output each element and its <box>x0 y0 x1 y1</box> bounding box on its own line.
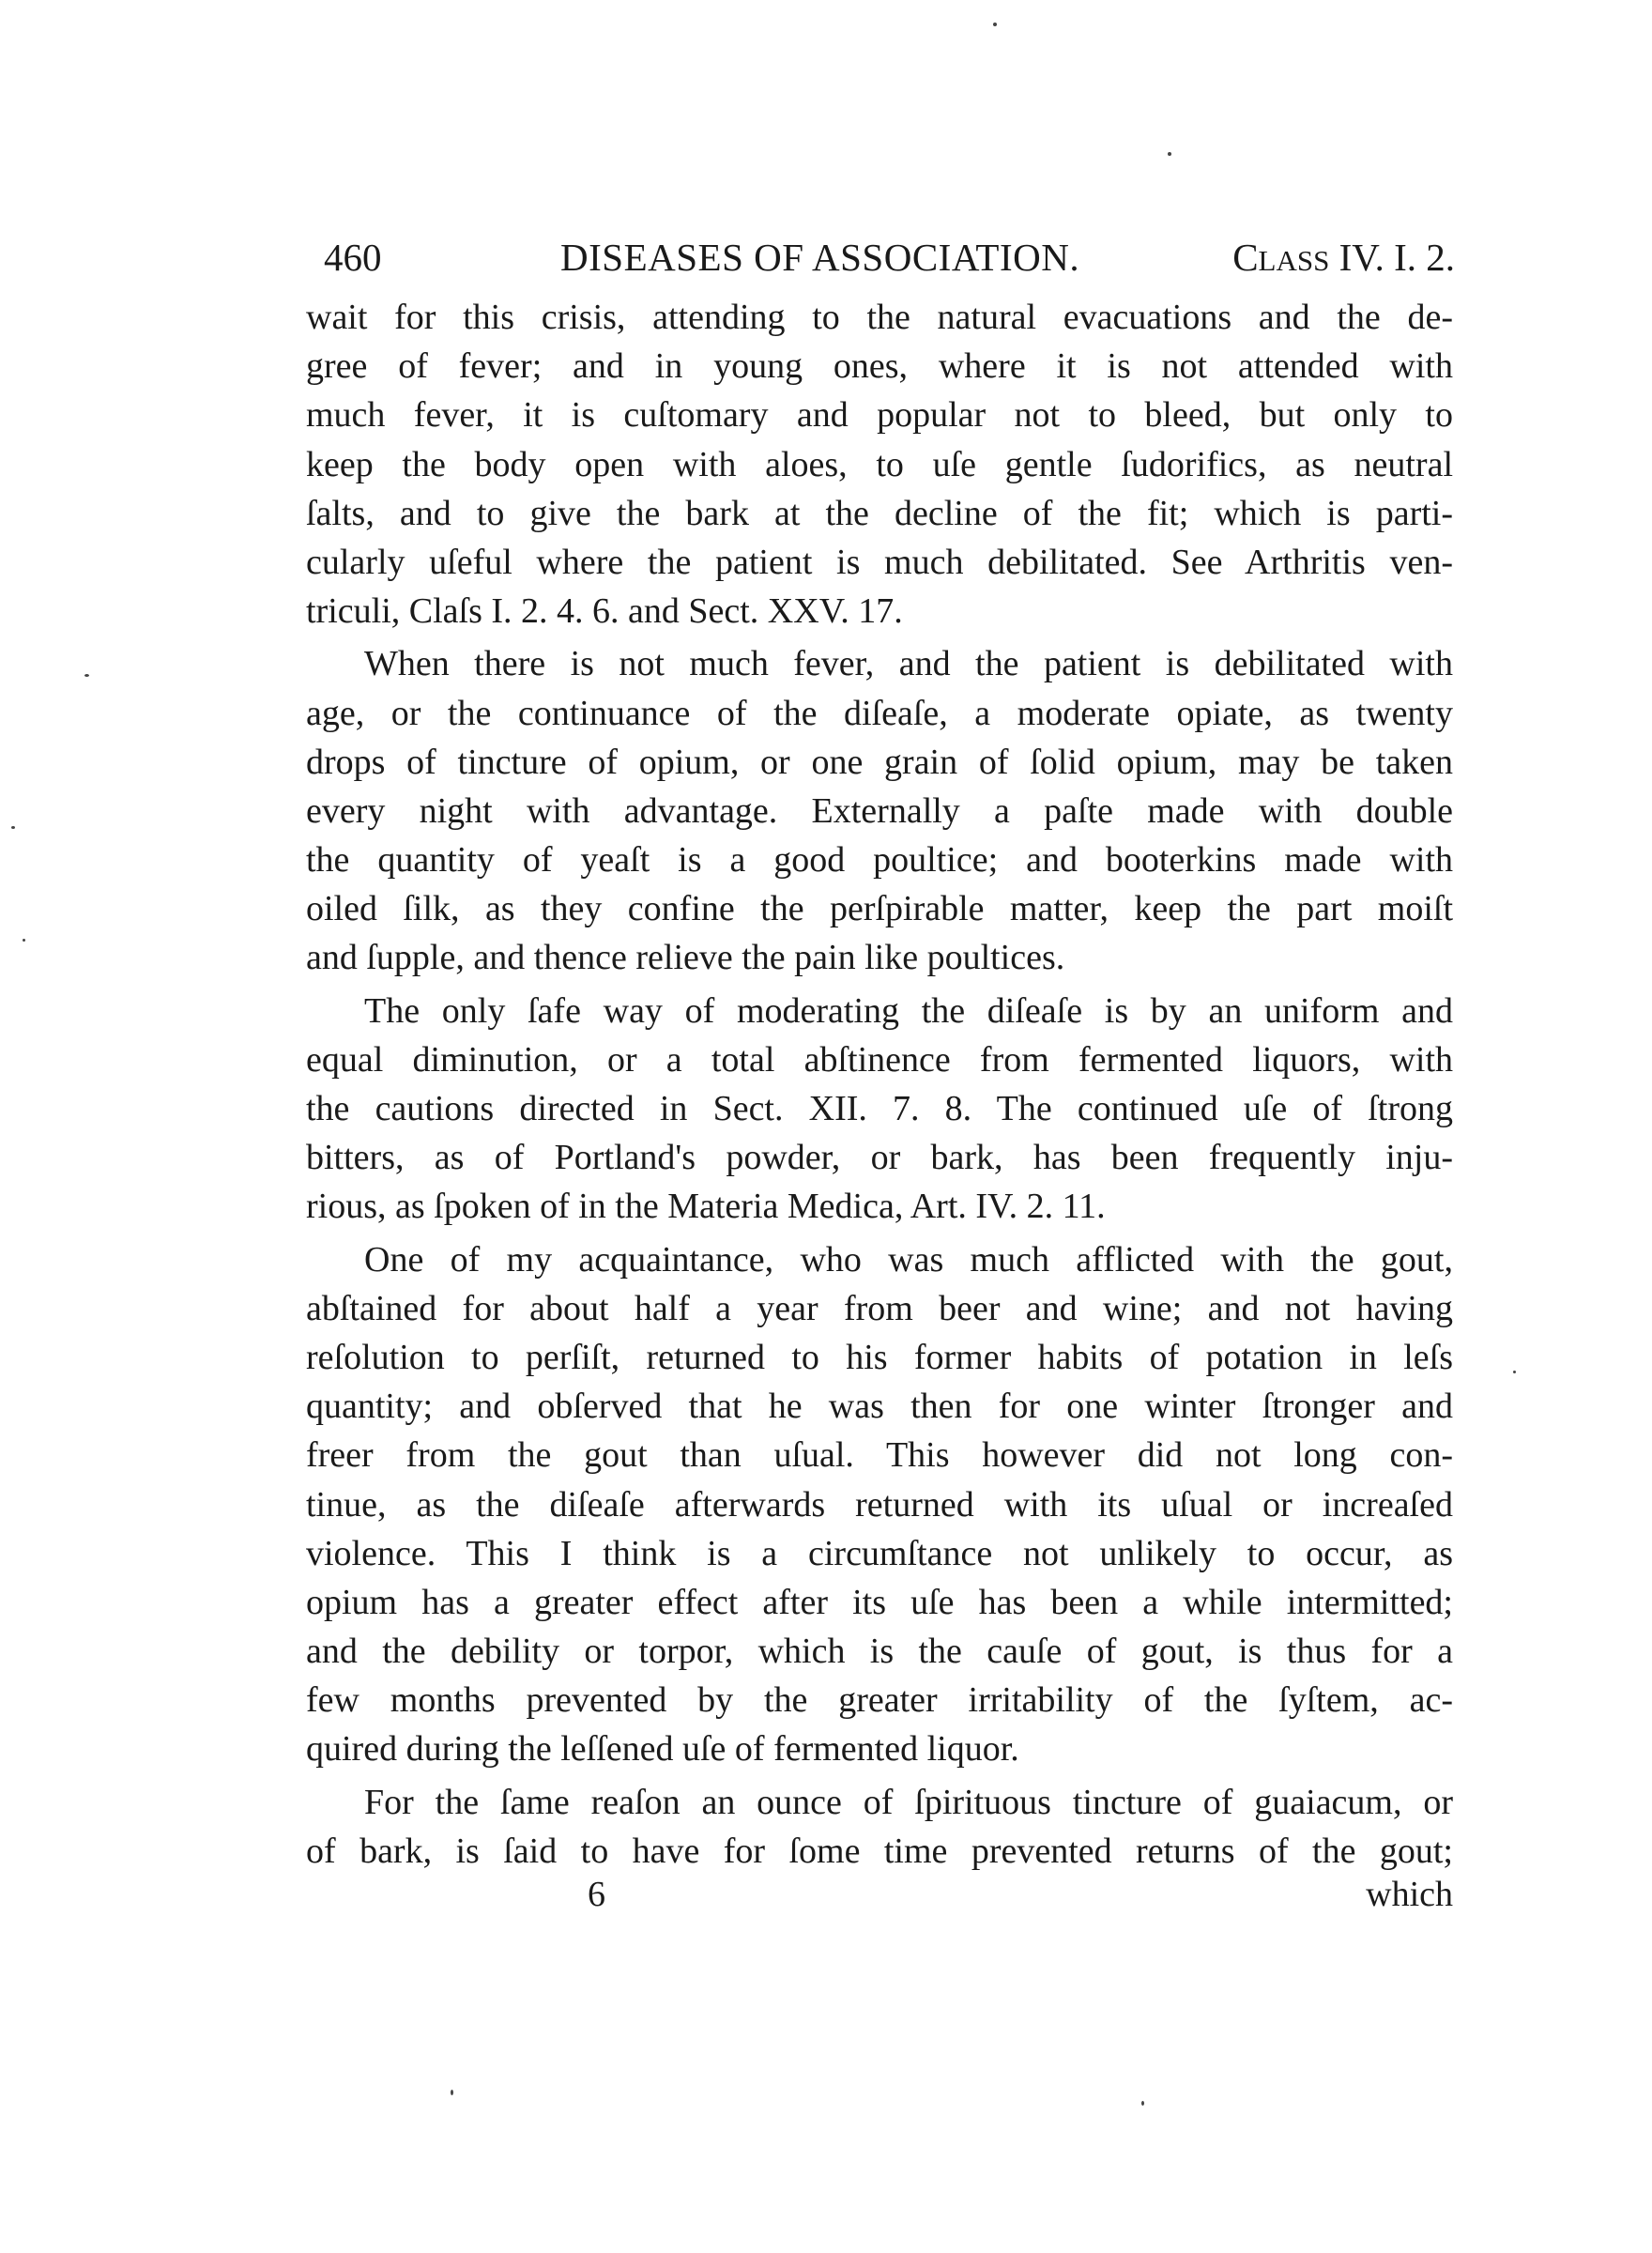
scan-speck <box>451 2090 453 2095</box>
text-line: gree of fever; and in young ones, where … <box>306 342 1453 391</box>
text-line: quantity; and obſerved that he was then … <box>306 1382 1453 1431</box>
text-line: of bark, is ſaid to have for ſome time p… <box>306 1827 1453 1876</box>
class-ref-number: IV. I. 2. <box>1329 236 1455 279</box>
text-line: One of my acquaintance, who was much aff… <box>306 1235 1453 1284</box>
text-line: age, or the continuance of the diſeaſe, … <box>306 689 1453 738</box>
scan-speck <box>993 23 997 26</box>
scan-speck <box>23 939 25 942</box>
text-line: oiled ſilk, as they confine the perſpira… <box>306 884 1453 933</box>
signature-mark: 6 <box>588 1870 605 1919</box>
text-line: drops of tincture of opium, or one grain… <box>306 738 1453 787</box>
text-line: keep the body open with aloes, to uſe ge… <box>306 440 1453 489</box>
text-line: abſtained for about half a year from bee… <box>306 1284 1453 1333</box>
text-line: opium has a greater effect after its uſe… <box>306 1578 1453 1627</box>
running-title: DISEASES OF ASSOCIATION. <box>560 229 1079 285</box>
page-footer: 6 which <box>306 1870 1453 1919</box>
text-line: For the ſame reaſon an ounce of ſpirituo… <box>306 1778 1453 1827</box>
scan-speck <box>84 674 89 677</box>
text-line: equal diminution, or a total abſtinence … <box>306 1035 1453 1084</box>
paragraph: One of my acquaintance, who was much aff… <box>306 1235 1453 1774</box>
text-line: ſalts, and to give the bark at the decli… <box>306 489 1453 538</box>
class-ref-smallcaps: LASS <box>1259 244 1330 277</box>
text-line: and ſupple, and thence relieve the pain … <box>306 933 1453 982</box>
text-line: and the debility or torpor, which is the… <box>306 1627 1453 1676</box>
page-number: 460 <box>324 229 382 285</box>
text-line: quired during the leſſened uſe of fermen… <box>306 1724 1453 1773</box>
running-header: 460 DISEASES OF ASSOCIATION. CLASS IV. I… <box>324 229 1455 285</box>
text-line: few months prevented by the greater irri… <box>306 1676 1453 1724</box>
class-reference: CLASS IV. I. 2. <box>1232 229 1455 289</box>
scan-speck <box>1141 2101 1144 2106</box>
catchword: which <box>1366 1870 1453 1919</box>
text-line: rious, as ſpoken of in the Materia Medic… <box>306 1182 1453 1231</box>
text-line: the cautions directed in Sect. XII. 7. 8… <box>306 1084 1453 1133</box>
paragraph: When there is not much fever, and the pa… <box>306 639 1453 982</box>
text-line: reſolution to perſiſt, returned to his f… <box>306 1333 1453 1382</box>
paragraph: wait for this crisis, attending to the n… <box>306 293 1453 636</box>
text-line: cularly uſeful where the patient is much… <box>306 538 1453 587</box>
text-line: When there is not much fever, and the pa… <box>306 639 1453 688</box>
text-line: wait for this crisis, attending to the n… <box>306 293 1453 342</box>
paragraph: For the ſame reaſon an ounce of ſpirituo… <box>306 1778 1453 1876</box>
text-line: The only ſafe way of moderating the diſe… <box>306 987 1453 1035</box>
text-line: violence. This I think is a circumſtance… <box>306 1529 1453 1578</box>
text-line: every night with advantage. Externally a… <box>306 787 1453 835</box>
body-text: wait for this crisis, attending to the n… <box>306 293 1453 1876</box>
text-line: tinue, as the diſeaſe afterwards returne… <box>306 1480 1453 1529</box>
book-page: 460 DISEASES OF ASSOCIATION. CLASS IV. I… <box>0 0 1652 2253</box>
text-line: bitters, as of Portland's powder, or bar… <box>306 1133 1453 1182</box>
text-line: triculi, Claſs I. 2. 4. 6. and Sect. XXV… <box>306 587 1453 636</box>
text-line: the quantity of yeaſt is a good poultice… <box>306 835 1453 884</box>
scan-speck <box>1513 1371 1516 1373</box>
scan-speck <box>11 826 15 829</box>
text-line: freer from the gout than uſual. This how… <box>306 1431 1453 1479</box>
paragraph: The only ſafe way of moderating the diſe… <box>306 987 1453 1232</box>
text-line: much fever, it is cuſtomary and popular … <box>306 391 1453 439</box>
scan-speck <box>1168 152 1171 156</box>
class-ref-initial: C <box>1232 236 1258 279</box>
